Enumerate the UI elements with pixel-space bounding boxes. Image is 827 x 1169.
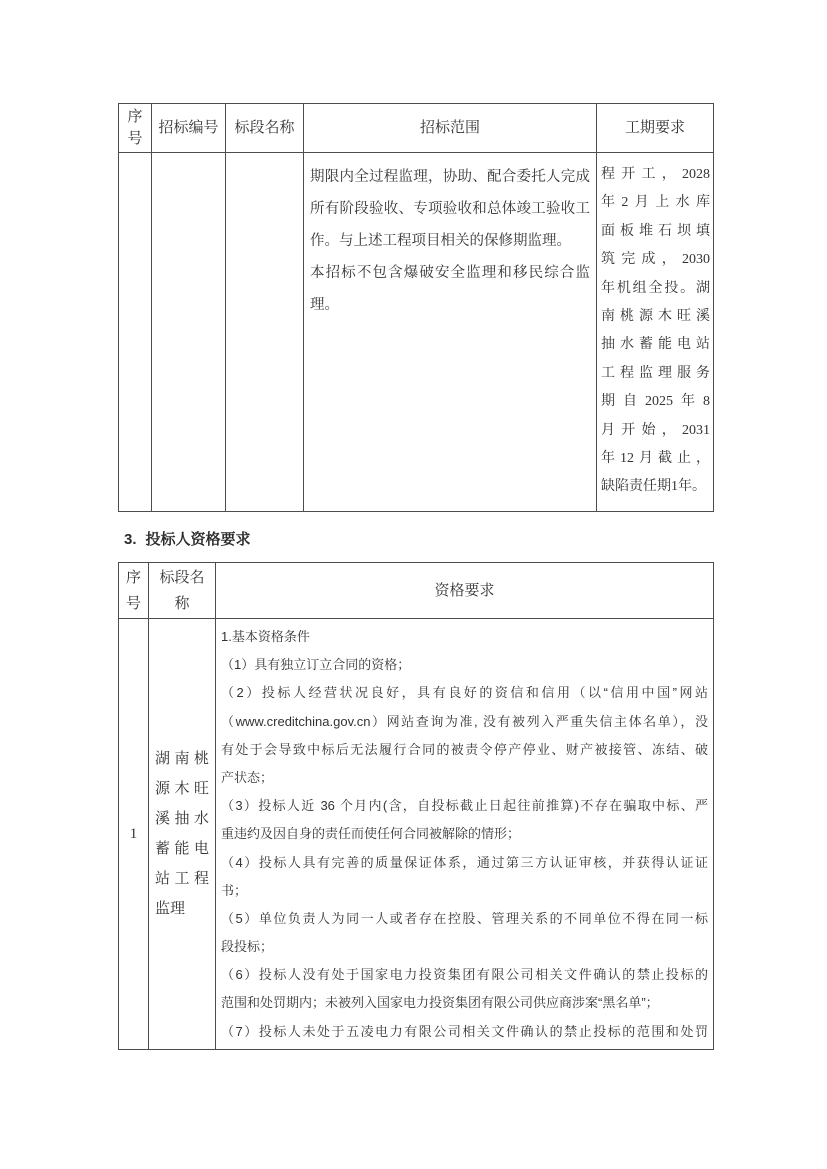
text-line: 缺陷责任期1年。: [601, 473, 710, 501]
text-line: （1）具有独立订立合同的资格；: [221, 651, 708, 679]
document-page: 序号 招标编号 标段名称 招标范围 工期要求 期限内全过程监理，协助、配合委托人…: [0, 0, 827, 1169]
text-line: 作。与上述工程项目相关的保修期监理。: [310, 225, 590, 257]
schedule-requirement-cell: 程开工，2028年2月上水库面板堆石坝填筑完成，2030年机组全投。湖南桃源木旺…: [597, 153, 714, 512]
text-line: 月开始，2031: [601, 417, 710, 445]
text-line: 蓄能电: [155, 834, 209, 864]
tender-scope-table: 序号 招标编号 标段名称 招标范围 工期要求 期限内全过程监理，协助、配合委托人…: [118, 103, 714, 512]
text-line: 程开工，2028: [601, 161, 710, 189]
header-qualification-requirement: 资格要求: [216, 563, 714, 619]
text-line: 期限内全过程监理，协助、配合委托人完成: [310, 161, 590, 193]
text-line: 所有阶段验收、专项验收和总体竣工验收工: [310, 193, 590, 225]
text-line: 站工程: [155, 864, 209, 894]
text-line: 年机组全投。湖: [601, 275, 710, 303]
text-line: （www.creditchina.gov.cn）网站查询为准, 没有被列入严重失…: [221, 708, 708, 736]
text-line: 工程监理服务: [601, 360, 710, 388]
tender-table-row: 期限内全过程监理，协助、配合委托人完成所有阶段验收、专项验收和总体竣工验收工作。…: [119, 153, 714, 512]
qualification-table-header-row: 序号 标段名称 资格要求: [119, 563, 714, 619]
text-line: （3）投标人近 36 个月内(含，自投标截止日起往前推算)不存在骗取中标、严: [221, 792, 708, 820]
text-line: 1.基本资格条件: [221, 623, 708, 651]
tender-number-cell: [152, 153, 226, 512]
text-line: 源木旺: [155, 774, 209, 804]
text-line: 年12月截止，: [601, 445, 710, 473]
section-name-cell: [226, 153, 304, 512]
text-line: （7）投标人未处于五凌电力有限公司相关文件确认的禁止投标的范围和处罚: [221, 1018, 708, 1046]
section-heading-number: 3.: [124, 531, 137, 548]
text-line: 书；: [221, 877, 708, 905]
text-line: （6）投标人没有处于国家电力投资集团有限公司相关文件确认的禁止投标的: [221, 961, 708, 989]
section-name-cell: 湖南桃源木旺溪抽水蓄能电站工程监理: [149, 619, 216, 1050]
text-line: 面板堆石坝填: [601, 218, 710, 246]
header-section-name: 标段名称: [226, 104, 304, 153]
text-line: 筑完成，2030: [601, 246, 710, 274]
tender-scope-cell: 期限内全过程监理，协助、配合委托人完成所有阶段验收、专项验收和总体竣工验收工作。…: [304, 153, 597, 512]
header-schedule-requirement: 工期要求: [597, 104, 714, 153]
text-line: 监理: [155, 894, 209, 924]
qualification-table-row: 1 湖南桃源木旺溪抽水蓄能电站工程监理 1.基本资格条件（1）具有独立订立合同的…: [119, 619, 714, 1050]
text-line: 本招标不包含爆破安全监理和移民综合监: [310, 257, 590, 289]
tender-table-header-row: 序号 招标编号 标段名称 招标范围 工期要求: [119, 104, 714, 153]
header-serial-number: 序号: [119, 563, 149, 619]
text-line: 湖南桃: [155, 744, 209, 774]
text-line: 抽水蓄能电站: [601, 331, 710, 359]
text-line: 年2月上水库: [601, 189, 710, 217]
qualification-requirement-cell: 1.基本资格条件（1）具有独立订立合同的资格；（2）投标人经营状况良好，具有良好…: [216, 619, 714, 1050]
text-line: 有处于会导致中标后无法履行合同的被责令停产停业、财产被接管、冻结、破: [221, 736, 708, 764]
header-serial-number: 序号: [119, 104, 152, 153]
serial-number-cell: [119, 153, 152, 512]
text-line: （4）投标人具有完善的质量保证体系，通过第三方认证审核，并获得认证证: [221, 849, 708, 877]
text-line: 重违约及因自身的责任而使任何合同被解除的情形；: [221, 820, 708, 848]
header-tender-scope: 招标范围: [304, 104, 597, 153]
text-line: 范围和处罚期内；未被列入国家电力投资集团有限公司供应商涉案“黑名单”；: [221, 989, 708, 1017]
header-tender-number: 招标编号: [152, 104, 226, 153]
text-line: （2）投标人经营状况良好，具有良好的资信和信用（以“信用中国”网站: [221, 679, 708, 707]
text-line: 南桃源木旺溪: [601, 303, 710, 331]
text-line: （5）单位负责人为同一人或者存在控股、管理关系的不同单位不得在同一标: [221, 905, 708, 933]
text-line: 产状态；: [221, 764, 708, 792]
section-heading-label: 投标人资格要求: [146, 531, 251, 548]
header-section-name: 标段名称: [149, 563, 216, 619]
text-line: 溪抽水: [155, 804, 209, 834]
qualification-table: 序号 标段名称 资格要求 1 湖南桃源木旺溪抽水蓄能电站工程监理 1.基本资格条…: [118, 562, 714, 1050]
text-line: 期自2025年8: [601, 388, 710, 416]
serial-number-cell: 1: [119, 619, 149, 1050]
section-heading: 3.投标人资格要求: [124, 530, 251, 550]
text-line: 理。: [310, 289, 590, 321]
text-line: 段投标；: [221, 933, 708, 961]
